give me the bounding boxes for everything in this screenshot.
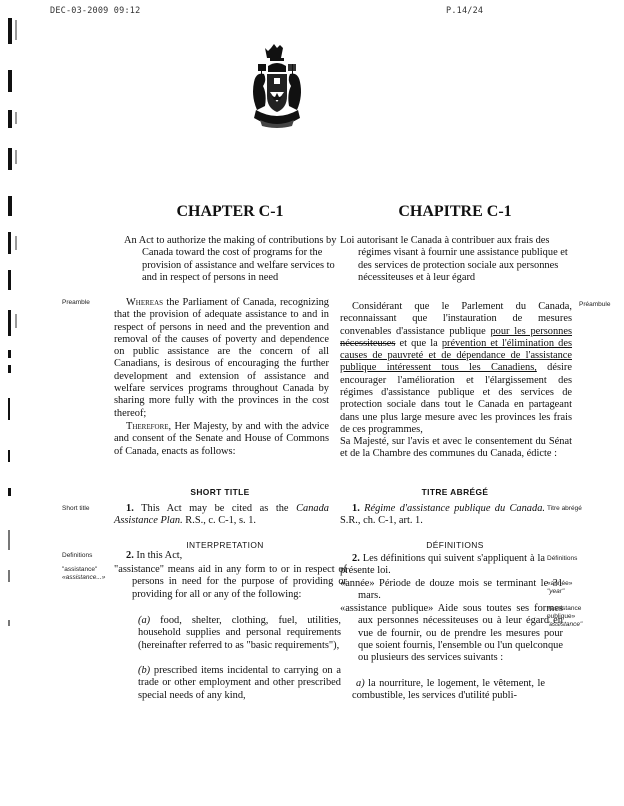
fax-datetime: DEC-03-2009 09:12 <box>50 6 140 16</box>
margin-note-definitions-fr: Définitions <box>547 555 577 563</box>
section-2-en: 2. In this Act, <box>114 550 329 562</box>
section-2-fr: 2. Les définitions qui suivent s'appliqu… <box>340 553 545 578</box>
chapter-title-fr: CHAPITRE C-1 <box>390 203 520 221</box>
item-a-fr: a) la nourriture, le logement, le vêteme… <box>352 678 545 703</box>
chapter-title-en: CHAPTER C-1 <box>170 203 290 221</box>
margin-note-annee: «année» "year" <box>547 580 572 596</box>
coat-of-arms-icon <box>250 44 304 128</box>
heading-short-title-fr: TITRE ABRÉGÉ <box>400 487 510 497</box>
preamble-fr: Considérant que le Parlement du Canada, … <box>340 301 572 436</box>
margin-note-short-title-fr: Titre abrégé <box>547 505 582 513</box>
definition-annee-fr: «année» Période de douze mois se termina… <box>340 578 563 603</box>
section-1-fr: 1. Régime d'assistance publique du Canad… <box>340 503 545 528</box>
preamble-en: Whereas the Parliament of Canada, recogn… <box>114 297 329 420</box>
margin-note-preamble-fr: Préambule <box>579 301 610 309</box>
long-title-en: An Act to authorize the making of contri… <box>124 235 347 284</box>
margin-note-definitions-en: Definitions <box>62 552 92 560</box>
heading-interpretation-en: INTERPRETATION <box>160 540 290 550</box>
definition-assistance-en: "assistance" means aid in any form to or… <box>114 564 347 601</box>
enacting-clause-fr: Sa Majesté, sur l'avis et avec le consen… <box>340 436 572 461</box>
margin-note-assistance-fr: «assistance publique» "assistance" <box>547 605 582 629</box>
long-title-fr: Loi autorisant le Canada à contribuer au… <box>340 235 583 284</box>
item-b-en: (b) prescribed items incidental to carry… <box>126 665 341 702</box>
enacting-clause-en: Therefore, Her Majesty, by and with the … <box>114 421 329 458</box>
margin-note-preamble-en: Preamble <box>62 299 90 307</box>
preamble-lead-en: Whereas <box>126 297 163 308</box>
definition-assistance-fr: «assistance publique» Aide sous toutes s… <box>340 603 563 664</box>
heading-definitions-fr: DÉFINITIONS <box>400 540 510 550</box>
item-a-en: (a) food, shelter, clothing, fuel, utili… <box>126 615 341 652</box>
section-1-en: 1. This Act may be cited as the Canada A… <box>114 503 329 528</box>
margin-note-assistance-en: "assistance" «assistance...» <box>62 566 105 582</box>
margin-note-short-title-en: Short title <box>62 505 89 513</box>
heading-short-title-en: SHORT TITLE <box>170 487 270 497</box>
fax-page-number: P.14/24 <box>446 6 483 16</box>
